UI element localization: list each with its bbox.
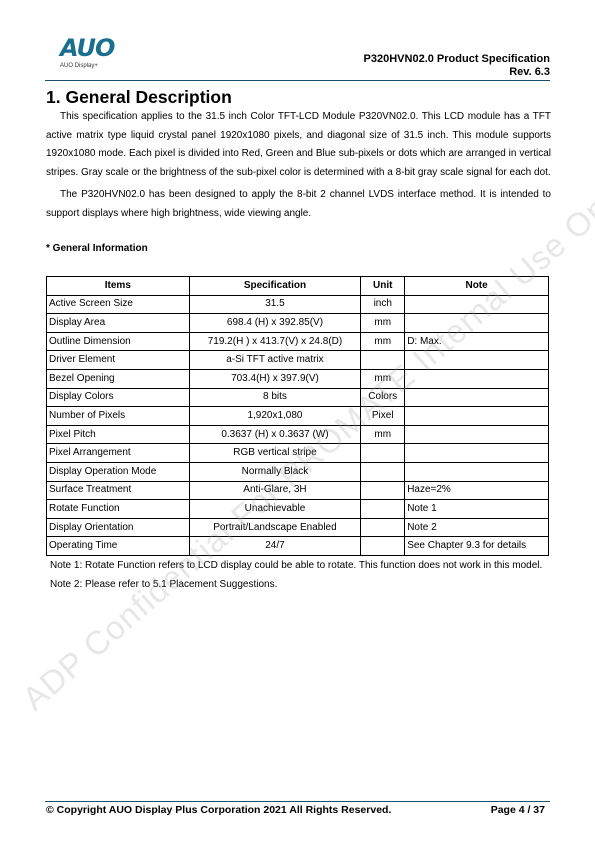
table-row: Number of Pixels1,920x1,080Pixel: [47, 407, 549, 426]
item-cell: Number of Pixels: [47, 407, 190, 426]
footer-divider: [45, 801, 550, 802]
column-header-unit: Unit: [361, 277, 405, 296]
note-cell: Note 1: [405, 500, 549, 519]
document-page: AUO AUO Display+ P320HVN02.0 Product Spe…: [0, 0, 595, 842]
auo-logo: AUO AUO Display+: [60, 36, 130, 70]
item-cell: Pixel Arrangement: [47, 444, 190, 463]
column-header-items: Items: [47, 277, 190, 296]
note-cell: [405, 351, 549, 370]
note-cell: [405, 444, 549, 463]
page-number: Page 4 / 37: [491, 804, 545, 816]
note-cell: [405, 388, 549, 407]
table-row: Bezel Opening703.4(H) x 397.9(V)mm: [47, 369, 549, 388]
logo-subtitle: AUO Display+: [60, 62, 130, 70]
column-header-note: Note: [405, 277, 549, 296]
item-cell: Driver Element: [47, 351, 190, 370]
item-cell: Surface Treatment: [47, 481, 190, 500]
item-cell: Display Orientation: [47, 518, 190, 537]
specification-cell: 698.4 (H) x 392.85(V): [189, 314, 361, 333]
unit-cell: Colors: [361, 388, 405, 407]
paragraph-intro: This specification applies to the 31.5 i…: [46, 108, 551, 182]
note-cell: Note 2: [405, 518, 549, 537]
table-row: Driver Elementa-Si TFT active matrix: [47, 351, 549, 370]
product-spec-title: P320HVN02.0 Product Specification: [364, 53, 550, 66]
note-cell: [405, 314, 549, 333]
note-cell: [405, 407, 549, 426]
copyright-notice: © Copyright AUO Display Plus Corporation…: [46, 804, 391, 816]
unit-cell: inch: [361, 295, 405, 314]
specification-cell: Portrait/Landscape Enabled: [189, 518, 361, 537]
section-title: 1. General Description: [46, 87, 232, 108]
unit-cell: [361, 537, 405, 556]
unit-cell: mm: [361, 332, 405, 351]
specification-cell: RGB vertical stripe: [189, 444, 361, 463]
item-cell: Outline Dimension: [47, 332, 190, 351]
specification-cell: 719.2(H ) x 413.7(V) x 24.8(D): [189, 332, 361, 351]
paragraph-interface: The P320HVN02.0 has been designed to app…: [46, 186, 551, 223]
item-cell: Display Operation Mode: [47, 462, 190, 481]
specification-cell: 8 bits: [189, 388, 361, 407]
unit-cell: [361, 462, 405, 481]
item-cell: Pixel Pitch: [47, 425, 190, 444]
table-notes: Note 1: Rotate Function refers to LCD di…: [50, 557, 542, 594]
unit-cell: Pixel: [361, 407, 405, 426]
revision-label: Rev. 6.3: [364, 66, 550, 79]
table-row: Display Colors8 bitsColors: [47, 388, 549, 407]
specification-cell: a-Si TFT active matrix: [189, 351, 361, 370]
unit-cell: mm: [361, 369, 405, 388]
note-cell: See Chapter 9.3 for details: [405, 537, 549, 556]
item-cell: Display Area: [47, 314, 190, 333]
header-divider: [45, 80, 550, 81]
column-header-specification: Specification: [189, 277, 361, 296]
unit-cell: [361, 518, 405, 537]
paragraph-interface-text: The P320HVN02.0 has been designed to app…: [46, 189, 551, 219]
general-information-heading: * General Information: [46, 243, 148, 254]
table-row: Pixel Pitch0.3637 (H) x 0.3637 (W)mm: [47, 425, 549, 444]
specification-cell: 703.4(H) x 397.9(V): [189, 369, 361, 388]
note-cell: [405, 369, 549, 388]
table-row: Rotate FunctionUnachievableNote 1: [47, 500, 549, 519]
table-row: Display Area698.4 (H) x 392.85(V)mm: [47, 314, 549, 333]
specification-cell: 24/7: [189, 537, 361, 556]
note-2: Note 2: Please refer to 5.1 Placement Su…: [50, 576, 542, 595]
note-1: Note 1: Rotate Function refers to LCD di…: [50, 557, 542, 576]
logo-mark: AUO: [60, 36, 130, 60]
item-cell: Operating Time: [47, 537, 190, 556]
unit-cell: mm: [361, 314, 405, 333]
paragraph-intro-text: This specification applies to the 31.5 i…: [46, 111, 551, 178]
unit-cell: mm: [361, 425, 405, 444]
unit-cell: [361, 444, 405, 463]
specification-cell: 0.3637 (H) x 0.3637 (W): [189, 425, 361, 444]
table-row: Display Operation ModeNormally Black: [47, 462, 549, 481]
note-cell: D: Max.: [405, 332, 549, 351]
table-row: Display OrientationPortrait/Landscape En…: [47, 518, 549, 537]
table-row: Surface TreatmentAnti-Glare, 3HHaze=2%: [47, 481, 549, 500]
specification-cell: Anti-Glare, 3H: [189, 481, 361, 500]
unit-cell: [361, 500, 405, 519]
item-cell: Display Colors: [47, 388, 190, 407]
specification-cell: Unachievable: [189, 500, 361, 519]
specification-cell: Normally Black: [189, 462, 361, 481]
unit-cell: [361, 481, 405, 500]
specification-cell: 1,920x1,080: [189, 407, 361, 426]
unit-cell: [361, 351, 405, 370]
specification-cell: 31.5: [189, 295, 361, 314]
item-cell: Active Screen Size: [47, 295, 190, 314]
note-cell: Haze=2%: [405, 481, 549, 500]
header-title-block: P320HVN02.0 Product Specification Rev. 6…: [364, 53, 550, 79]
table-row: Active Screen Size31.5inch: [47, 295, 549, 314]
item-cell: Rotate Function: [47, 500, 190, 519]
table-row: Pixel ArrangementRGB vertical stripe: [47, 444, 549, 463]
note-cell: [405, 462, 549, 481]
table-row: Operating Time24/7See Chapter 9.3 for de…: [47, 537, 549, 556]
note-cell: [405, 425, 549, 444]
general-information-table: Items Specification Unit Note Active Scr…: [46, 276, 549, 556]
note-cell: [405, 295, 549, 314]
table-row: Outline Dimension719.2(H ) x 413.7(V) x …: [47, 332, 549, 351]
item-cell: Bezel Opening: [47, 369, 190, 388]
table-header-row: Items Specification Unit Note: [47, 277, 549, 296]
